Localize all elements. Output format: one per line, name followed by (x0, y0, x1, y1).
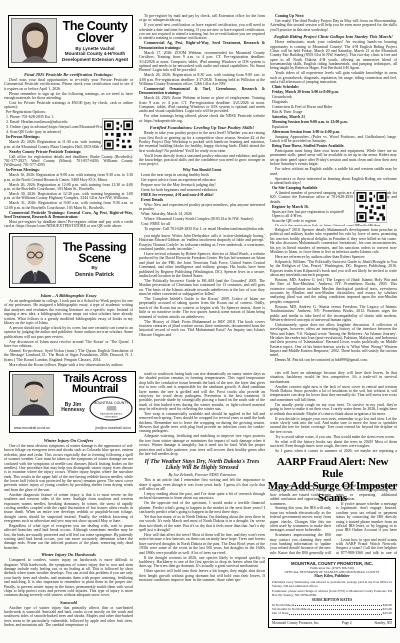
article-text: Groundwork (270, 95, 397, 99)
article-text: Friday, March 20 from 5:00 to 8:00 p.m. (270, 90, 397, 94)
article-text: Yet that has many of us in North Dakota,… (139, 515, 265, 533)
article-text: Call office for registration details and… (4, 155, 133, 168)
article-text: Must pre-register by deadline dates! Pre… (4, 220, 133, 229)
woman-portrait-image (12, 19, 57, 63)
article-text: What: Saturday, March 14, 2026 (139, 212, 265, 216)
article-text: you might know. Writer John Derbyshire c… (139, 234, 265, 252)
article-text: Try to avoid saline water, if you can. T… (270, 435, 397, 439)
article-text: March 16, 2026: Registration at 9:00 a.m… (4, 173, 133, 182)
article-text: Cost for Private Pesticide trainings is … (4, 101, 133, 110)
passing-scene-header-box: The Passing Scene By Dennis Patrick (9, 233, 133, 288)
passing-scene-title-line2: Scene (59, 254, 130, 265)
article-text: IRS imposter scams tend to spike during … (270, 484, 331, 506)
article-text: Get ready! The third Poultry Project Day… (270, 19, 397, 32)
article-text: Don't miss your final opportunities to r… (4, 78, 133, 91)
article-text: Prepare now for the May livestock judgin… (139, 183, 265, 187)
article-text: Clinic Schedule: (270, 85, 397, 89)
article-heading: Winter Injury On Conifers (4, 438, 133, 443)
article-text: Bits & Their Usage (270, 110, 397, 114)
article-text: Here are references by authors other tha… (270, 255, 397, 259)
article-text: If you decide to irrigate your own trees… (270, 417, 397, 435)
county-clover-header-box: The County Clover By Lynette Vachal Moun… (8, 15, 133, 68)
trails-column-3: cies will have an advantage because they… (270, 371, 397, 453)
article-text: Kilpatrick, William. 'The Politically In… (270, 260, 397, 278)
article-text: Connection & Feel of Horse and Rider (270, 105, 397, 109)
trails-author: Hennessy (57, 408, 89, 414)
aarp-headline-line1: AARP Fraud Alert: New Rule (267, 456, 398, 480)
article-heading: If The Weather Stays Dry, North Dakota's… (140, 459, 264, 472)
article-text: FREE for everyone, 4-H and non-4-H alike… (139, 193, 265, 197)
passing-scene-column-1: Islam – A Bibliographic EssayAs an under… (4, 291, 133, 370)
subscription-rate-row: Out of State$45.00 (272, 611, 392, 615)
county-clover-title-line2: Clover (60, 33, 130, 45)
jim-hennessy-photo (12, 374, 54, 416)
article-text: 'The Politically Incorrect Guide to ISLA… (139, 279, 265, 297)
article-text: To pre-register by mail and pay by check… (139, 14, 265, 23)
trails-column-1: Winter Injury On ConifersOne of the most… (4, 436, 133, 641)
logo-text-county: MOUNTRAIL COUNTY (93, 401, 129, 405)
aarp-column-b: will send a letter to the taxpayer's las… (336, 484, 397, 555)
article-text: Tree wrap is commercially available and … (139, 412, 265, 434)
article-text: For other trainings being offered, pleas… (139, 114, 265, 123)
article-text: Starting this year, the IRS will only is… (270, 506, 331, 532)
passing-scene-author: Dennis Patrick (59, 272, 130, 278)
article-text: Where: Mountrail County South Complex (8… (139, 217, 265, 221)
article-text: south or southwest facing bark can rise … (139, 372, 265, 411)
county-clover-org2: Development Extension Agent (60, 57, 130, 62)
article-text: I have several columns by Robert Spencer… (139, 252, 265, 278)
article-text: Youth riders of all experience levels wi… (270, 71, 397, 84)
article-heading: Commercial Pesticide Trainings: General … (4, 211, 133, 220)
article-text: Another type of winter injury that prima… (4, 606, 133, 628)
article-text: I'm usually pretty rough on my own trees… (270, 403, 397, 416)
man-suit-portrait-image (13, 237, 56, 284)
article-text: Another diagnostic feature of winter inj… (4, 493, 133, 524)
article-heading: Coming Up Next: (270, 14, 397, 18)
article-text: As an undergraduate in college, I took p… (4, 299, 133, 325)
masthead-publish-info: Published every Wednesday and entered as… (272, 580, 392, 588)
article-text: Dennis M. Patrick can be contacted at bd… (270, 358, 397, 362)
article-heading: Islam – A Bibliographic Essay (4, 293, 133, 298)
masthead-footer-publication: Mountrail County Promoter, Inc. (272, 621, 319, 625)
article-text: Spectators or those interested in learni… (270, 177, 397, 186)
article-text: If you're unsure whether a message is le… (336, 502, 397, 537)
mountrail-county-logo: MOUNTRAIL COUNTY Agricultural agency inf… (89, 396, 133, 421)
article-text: March 26, 2026: Registration at 12:00 p.… (4, 183, 133, 192)
article-text: Ready to take your poultry project to th… (139, 131, 265, 153)
pesticide-registration-qr-code (102, 118, 133, 151)
article-text: For riders without an English saddle, a … (270, 167, 397, 176)
article-text: Diagonals (270, 100, 397, 104)
article-text: March 24, 2026: Zoom Webinar at home or … (139, 96, 265, 114)
trails-across-mountrail-header-box: Trails Across Mountrail By Jim Hennessy … (9, 371, 136, 433)
article-text: You'll learn directly from a seasoned po… (139, 154, 265, 167)
article-text: March 31, 2026: Registration at 9:00 a.m… (4, 201, 133, 210)
masthead-publisher: Mary Kilen, Publisher (272, 574, 392, 579)
article-heading: Winter Injury On Hardwoods (4, 552, 133, 557)
dennis-patrick-photo (12, 236, 56, 284)
lynette-vachal-photo (11, 18, 57, 63)
passing-scene-column-3: Religion?' 2018. Spencer details Muhamma… (270, 228, 397, 369)
article-text: March 26, 2026: Registration at 8:30 a.m… (139, 73, 265, 86)
svg-text:information: information (105, 414, 118, 418)
article-text: 'The History of Jihad: From Muhammad to … (139, 320, 265, 338)
article-text: Other species will hold onto their leave… (139, 569, 265, 582)
article-text: Religion?' 2018. Spencer details Muhamma… (270, 228, 397, 254)
article-text: March 17, 2026: ZOOM Webinar, recommende… (139, 51, 265, 73)
article-text: Equitation (270, 125, 397, 129)
article-text: Horse enthusiasts, mark your calendars! … (270, 40, 397, 71)
article-heading: Commercial Ornamental & Turf, Greenhouse… (139, 87, 265, 96)
passing-scene-column-2: you might know. Writer John Derbyshire c… (139, 234, 265, 370)
article-text: Regardless of what type of evergreen you… (4, 524, 133, 550)
article-heading: Final 2025 Pesticide Re-certification Tr… (4, 72, 133, 77)
article-text: Bring Your Horse, Stuffed Ponies Availab… (270, 144, 397, 148)
newspaper-page: The County Clover By Lynette Vachal Moun… (0, 0, 400, 643)
article-text: In-Person Meetings: (4, 168, 133, 172)
article-text: Scammers impersonating the IRS may conta… (270, 533, 331, 555)
article-text: Great for both beginners and seasoned ex… (139, 188, 265, 192)
article-text: More about the Koran follows. Begin with… (4, 363, 133, 367)
article-heading: Sunscald (4, 600, 133, 605)
article-text: Compared to conifers, winter injury on h… (4, 558, 133, 597)
trails-email: jim@co.mountrail.nd.us (96, 426, 131, 430)
article-text: Event Details (139, 198, 265, 202)
masthead-postmaster-info: Postmaster: please send change of addres… (272, 589, 392, 597)
article-heading: Commercial Ag, Pest, Right-of-Way, Seed … (139, 41, 265, 50)
article-text: A person should not judge a book by its … (4, 326, 133, 339)
article-heading: English Riding Project Clinic Gallops In… (270, 34, 397, 39)
article-text: Who: New and experienced poultry project… (139, 203, 265, 212)
article-text: Saturday, March 21 (270, 115, 397, 119)
man-portrait-image (13, 375, 54, 416)
article-text: If you need new certification or have ex… (139, 23, 265, 41)
article-text: On the opposite end of the spectrum, I w… (139, 501, 265, 514)
trails-website-url: www.mountrail.co.nd.us (14, 426, 50, 430)
article-text: Bostom, MD, Andrew G. 'Sharia versus Fre… (270, 305, 397, 323)
aarp-column-a: IRS imposter scams tend to spike during … (270, 484, 331, 555)
article-text: To register: Call 701-628-2835 Ext 1, or… (139, 227, 265, 231)
trails-column-2: south or southwest facing bark can rise … (139, 372, 265, 641)
article-text: Unfortunately, space does not allow leng… (270, 323, 397, 358)
article-text: Jumping Approaches, (Poles vs. Wood Posi… (270, 135, 397, 144)
article-text: Get expert advice from an experienced ed… (139, 178, 265, 182)
masthead-footer-row: Mountrail County Promoter, Inc. Page 2 S… (272, 619, 392, 625)
article-text: This is an article that I remember first… (139, 478, 265, 491)
article-text: By Joe Zeleznik, Forester NDSU Extension (139, 473, 265, 477)
article-text: will send a letter to the taxpayer's las… (336, 484, 397, 502)
article-text: So what will the history books say about… (270, 440, 397, 449)
county-clover-column-2: To pre-register by mail and pay by check… (139, 14, 265, 231)
masthead-footer-page-number: Page 2 (342, 621, 352, 625)
article-heading: Fortified Foundations: Leveling Up Your … (139, 125, 265, 130)
subscription-rates-list: In North Dakota$40.00Six months in North… (272, 603, 392, 616)
article-text: 'The Complete Infidel's Guide to the Kor… (139, 297, 265, 319)
masthead-footer-location: Stanley, ND (374, 621, 392, 625)
article-text: Ahmed, Ex-professor, Syed Vickar (trans.… (4, 349, 133, 362)
article-text: If the drought worsens in 2026, one spec… (139, 556, 265, 569)
article-text: Morning Session from 9:00 a.m. to 12:00 … (270, 120, 397, 124)
article-text: cies will have an advantage because they… (270, 371, 397, 384)
trails-title-line2: Mountrail (57, 384, 133, 394)
article-text: Why You Should Come (139, 168, 265, 172)
article-text: How will that affect the trees? Most of … (139, 533, 265, 555)
article-text: Adequate watering, fertilizing and mulch… (139, 434, 265, 456)
article-text: March 30, 2026: Registration at 12:30 p.… (4, 192, 133, 201)
article-text: Participants must bring their own horse … (270, 149, 397, 167)
article-text: Learn how to spot and avoid scams with A… (336, 538, 397, 555)
masthead-box: MOUNTRAIL COUNTY PROMOTER, INC. Publicat… (268, 558, 396, 628)
english-riding-registration-qr-code (354, 190, 387, 223)
article-text: So I guess when it comes to summer of 20… (270, 449, 397, 453)
article-text: Afternoon Session from 1:00 to 4:00 p.m. (270, 130, 397, 134)
article-text: Pre-Registration Options: (4, 110, 133, 114)
article-text: Learn the next steps in raising healthy … (139, 173, 265, 177)
article-text: Any discussion of Islam must revolve aro… (4, 340, 133, 349)
article-text: I enjoy reading about the past, and I've… (139, 492, 265, 501)
article-text: One of the most obvious symptoms of wint… (4, 444, 133, 492)
article-text: Cost: FREE for all (139, 222, 265, 226)
article-text: Another concern right now is the lack of… (270, 385, 397, 403)
article-text: Bostom, MD, Andrew G. (ed.) 'The Legacy … (270, 278, 397, 304)
article-text: Please remember to sign up for the follo… (4, 92, 133, 101)
